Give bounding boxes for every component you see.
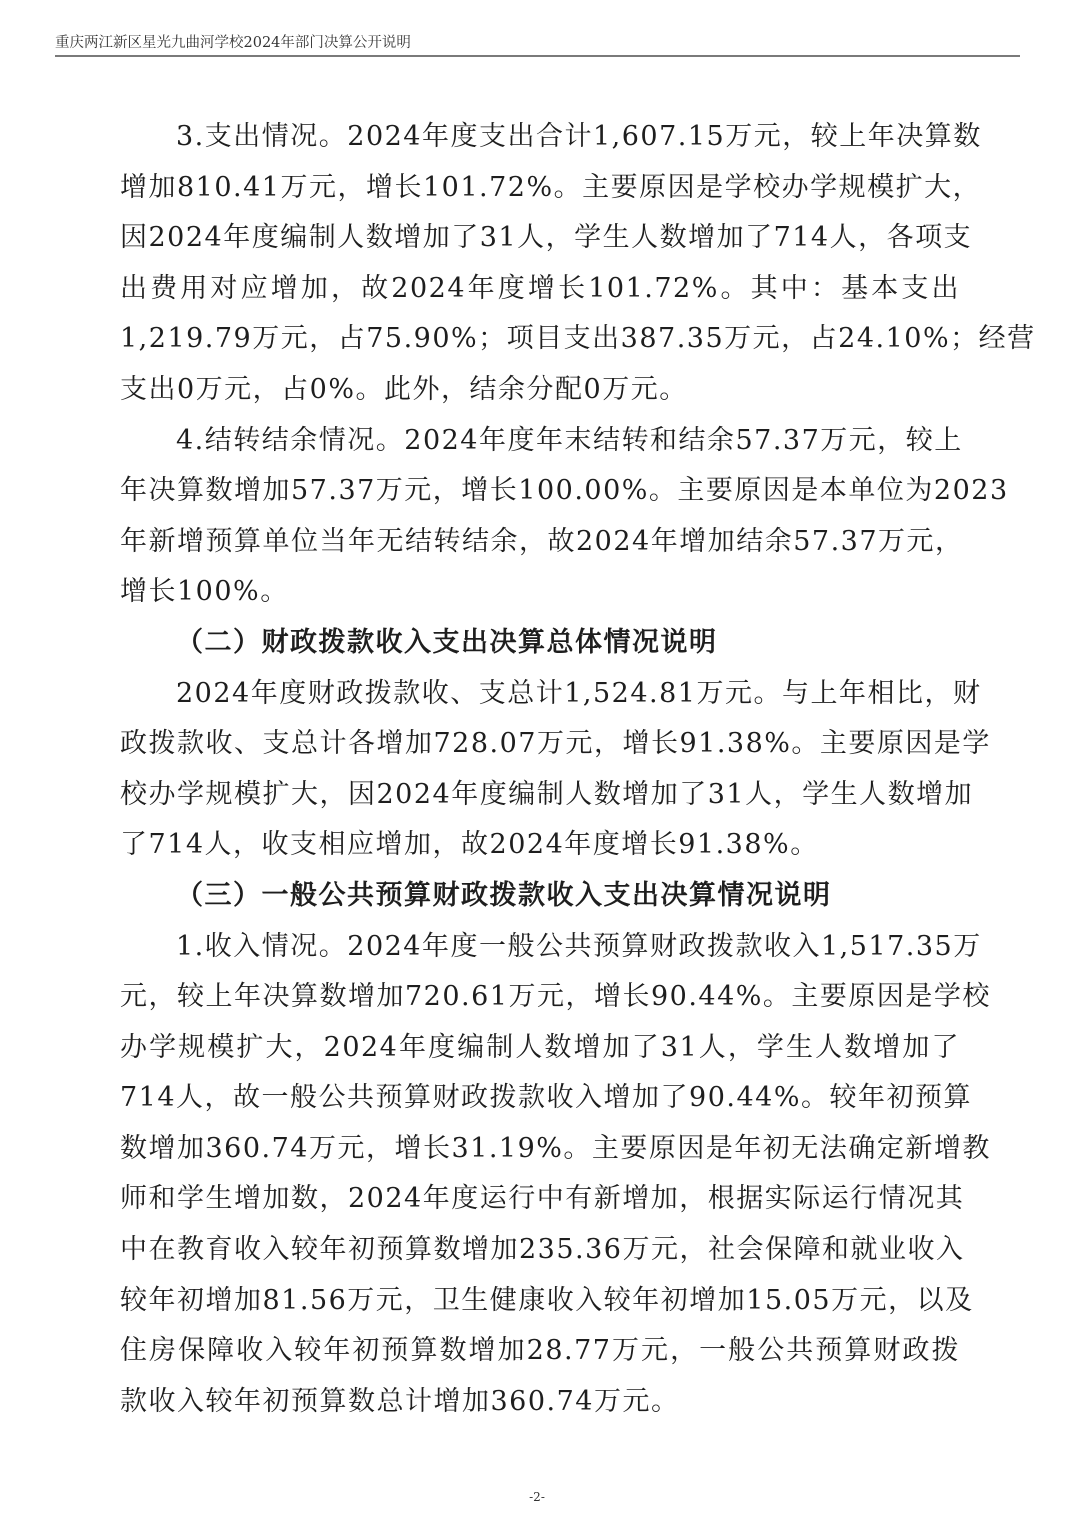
body-line: 年决算数增加57.37万元，增长100.00%。主要原因是本单位为2023 bbox=[120, 466, 960, 517]
body-line: 2024年度财政拨款收、支总计1,524.81万元。与上年相比，财 bbox=[120, 669, 960, 720]
body-line: 师和学生增加数，2024年度运行中有新增加，根据实际运行情况其 bbox=[120, 1174, 960, 1225]
body-line: 增加810.41万元，增长101.72%。主要原因是学校办学规模扩大， bbox=[120, 163, 960, 214]
document-body: 3.支出情况。2024年度支出合计1,607.15万元，较上年决算数 增加810… bbox=[120, 112, 960, 1427]
body-line: 校办学规模扩大，因2024年度编制人数增加了31人，学生人数增加 bbox=[120, 770, 960, 821]
body-line: 元，较上年决算数增加720.61万元，增长90.44%。主要原因是学校 bbox=[120, 972, 960, 1023]
body-line: 年新增预算单位当年无结转结余，故2024年增加结余57.37万元， bbox=[120, 517, 960, 568]
body-line: 3.支出情况。2024年度支出合计1,607.15万元，较上年决算数 bbox=[120, 112, 960, 163]
body-line: 办学规模扩大，2024年度编制人数增加了31人，学生人数增加了 bbox=[120, 1023, 960, 1074]
body-line: 714人，故一般公共预算财政拨款收入增加了90.44%。较年初预算 bbox=[120, 1073, 960, 1124]
body-line: 出费用对应增加，故2024年度增长101.72%。其中：基本支出 bbox=[120, 264, 960, 315]
body-line: 4.结转结余情况。2024年度年末结转和结余57.37万元，较上 bbox=[120, 416, 960, 467]
page-number: -2- bbox=[0, 1490, 1074, 1504]
body-line: 因2024年度编制人数增加了31人，学生人数增加了714人，各项支 bbox=[120, 213, 960, 264]
body-line: 了714人，收支相应增加，故2024年度增长91.38%。 bbox=[120, 820, 960, 871]
body-line: 政拨款收、支总计各增加728.07万元，增长91.38%。主要原因是学 bbox=[120, 719, 960, 770]
section-heading: （三）一般公共预算财政拨款收入支出决算情况说明 bbox=[120, 871, 960, 922]
body-line: 较年初增加81.56万元，卫生健康收入较年初增加15.05万元，以及 bbox=[120, 1276, 960, 1327]
body-line: 款收入较年初预算数总计增加360.74万元。 bbox=[120, 1377, 960, 1428]
body-line: 支出0万元，占0%。此外，结余分配0万元。 bbox=[120, 365, 960, 416]
body-line: 1.收入情况。2024年度一般公共预算财政拨款收入1,517.35万 bbox=[120, 922, 960, 973]
section-heading: （二）财政拨款收入支出决算总体情况说明 bbox=[120, 618, 960, 669]
body-line: 住房保障收入较年初预算数增加28.77万元，一般公共预算财政拨 bbox=[120, 1326, 960, 1377]
page-header: 重庆两江新区星光九曲河学校2024年部门决算公开说明 bbox=[55, 27, 1020, 57]
body-line: 数增加360.74万元，增长31.19%。主要原因是年初无法确定新增教 bbox=[120, 1124, 960, 1175]
body-line: 中在教育收入较年初预算数增加235.36万元，社会保障和就业收入 bbox=[120, 1225, 960, 1276]
body-line: 增长100%。 bbox=[120, 567, 960, 618]
document-title: 重庆两江新区星光九曲河学校2024年部门决算公开说明 bbox=[55, 31, 411, 52]
body-line: 1,219.79万元，占75.90%；项目支出387.35万元，占24.10%；… bbox=[120, 314, 960, 365]
